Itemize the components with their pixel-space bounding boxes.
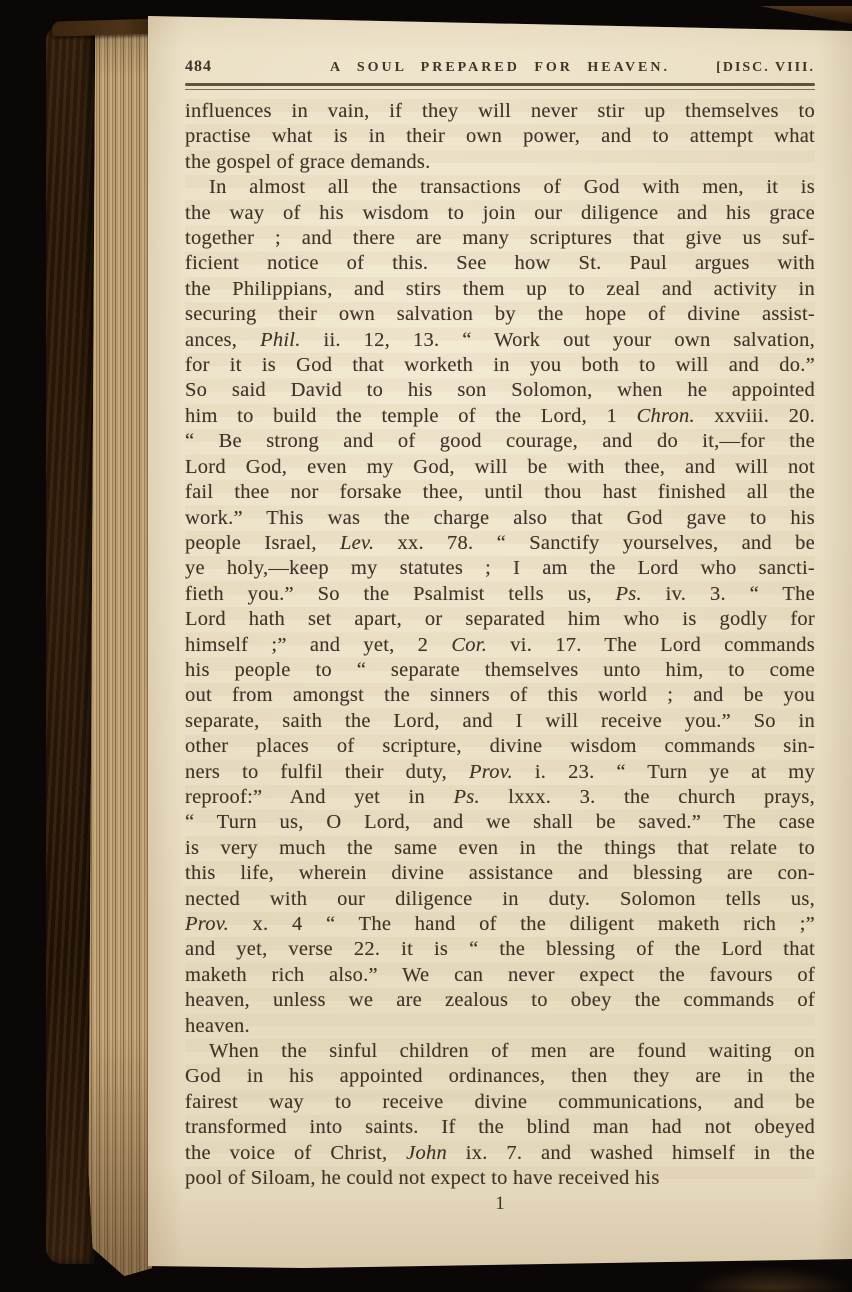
text-line: heaven, unless we are zealous to obey th… bbox=[185, 988, 815, 1013]
text-run: the Philippians, and stirs them up to ze… bbox=[185, 278, 815, 300]
text-line: Prov. x. 4 “ The hand of the diligent ma… bbox=[185, 912, 815, 937]
text-run: the voice of Christ, bbox=[185, 1142, 406, 1164]
scripture-reference: Prov. bbox=[469, 761, 513, 783]
text-run: ners to fulfil their duty, bbox=[185, 761, 469, 783]
text-run: fail thee nor forsake thee, until thou h… bbox=[185, 481, 815, 503]
scripture-reference: Ps. bbox=[453, 786, 479, 808]
text-run: iv. 3. “ The bbox=[642, 583, 815, 605]
text-run: other places of scripture, divine wisdom… bbox=[185, 735, 815, 757]
text-line: reproof:” And yet in Ps. lxxx. 3. the ch… bbox=[185, 785, 815, 810]
scripture-reference: Lev. bbox=[340, 532, 374, 554]
text-run: God in his appointed ordinances, then th… bbox=[185, 1065, 815, 1087]
text-line: himself ;” and yet, 2 Cor. vi. 17. The L… bbox=[185, 633, 815, 658]
text-run: this life, wherein divine assistance and… bbox=[185, 862, 815, 884]
text-run: separate, saith the Lord, and I will rec… bbox=[185, 710, 815, 732]
text-run: reproof:” And yet in bbox=[185, 786, 453, 808]
header-rule bbox=[185, 83, 815, 90]
text-run: heaven, unless we are zealous to obey th… bbox=[185, 989, 815, 1011]
text-line: “ Turn us, O Lord, and we shall be saved… bbox=[185, 810, 815, 835]
text-line: pool of Siloam, he could not expect to h… bbox=[185, 1166, 815, 1191]
text-line: fieth you.” So the Psalmist tells us, Ps… bbox=[185, 582, 815, 607]
header-rule-thin bbox=[185, 89, 815, 90]
text-line: ficient notice of this. See how St. Paul… bbox=[185, 251, 815, 276]
text-run: securing their own salvation by the hope… bbox=[185, 303, 815, 325]
text-run: ye holy,—keep my statutes ; I am the Lor… bbox=[185, 557, 815, 579]
text-line: securing their own salvation by the hope… bbox=[185, 302, 815, 327]
text-line: Lord God, even my God, will be with thee… bbox=[185, 455, 815, 480]
scripture-reference: Chron. bbox=[637, 405, 695, 427]
text-line: fail thee nor forsake thee, until thou h… bbox=[185, 480, 815, 505]
text-run: ix. 7. and washed himself in the bbox=[447, 1142, 815, 1164]
scripture-reference: Prov. bbox=[185, 913, 229, 935]
text-line: the Philippians, and stirs them up to ze… bbox=[185, 277, 815, 302]
text-line: ye holy,—keep my statutes ; I am the Lor… bbox=[185, 556, 815, 581]
text-run: the way of his wisdom to join our dilige… bbox=[185, 202, 815, 224]
text-line: influences in vain, if they will never s… bbox=[185, 99, 815, 124]
text-run: fairest way to receive divine communicat… bbox=[185, 1091, 815, 1113]
text-line: for it is God that worketh in you both t… bbox=[185, 353, 815, 378]
scripture-reference: Cor. bbox=[451, 634, 487, 656]
text-run: his people to “ separate themselves unto… bbox=[185, 659, 815, 681]
text-run: transformed into saints. If the blind ma… bbox=[185, 1116, 815, 1138]
text-line: ners to fulfil their duty, Prov. i. 23. … bbox=[185, 760, 815, 785]
book-spine bbox=[46, 26, 94, 1264]
text-line: his people to “ separate themselves unto… bbox=[185, 658, 815, 683]
text-run: ances, bbox=[185, 329, 260, 351]
text-run: fieth you.” So the Psalmist tells us, bbox=[185, 583, 616, 605]
text-line: heaven. bbox=[185, 1014, 815, 1039]
text-run: In almost all the transactions of God wi… bbox=[209, 176, 815, 198]
text-run: Lord God, even my God, will be with thee… bbox=[185, 456, 815, 478]
text-line: together ; and there are many scriptures… bbox=[185, 226, 815, 251]
text-run: maketh rich also.” We can never expect t… bbox=[185, 964, 815, 986]
text-line: people Israel, Lev. xx. 78. “ Sanctify y… bbox=[185, 531, 815, 556]
text-run: xxviii. 20. bbox=[695, 405, 815, 427]
text-line: out from amongst the sinners of this wor… bbox=[185, 683, 815, 708]
text-line: In almost all the transactions of God wi… bbox=[185, 175, 815, 200]
text-run: x. 4 “ The hand of the diligent maketh r… bbox=[229, 913, 815, 935]
text-run: heaven. bbox=[185, 1015, 250, 1037]
text-line: maketh rich also.” We can never expect t… bbox=[185, 963, 815, 988]
text-run: practise what is in their own power, and… bbox=[185, 125, 815, 147]
page-header: 484 A SOUL PREPARED FOR HEAVEN. [DISC. V… bbox=[185, 58, 815, 76]
text-run: “ Turn us, O Lord, and we shall be saved… bbox=[185, 811, 815, 833]
text-run: him to build the temple of the Lord, 1 bbox=[185, 405, 637, 427]
text-line: and yet, verse 22. it is “ the blessing … bbox=[185, 937, 815, 962]
book-page: 484 A SOUL PREPARED FOR HEAVEN. [DISC. V… bbox=[148, 0, 852, 1292]
text-run: work.” This was the charge also that God… bbox=[185, 507, 815, 529]
page-edges-stack bbox=[86, 0, 152, 1292]
page-number: 484 bbox=[185, 58, 305, 76]
text-run: people Israel, bbox=[185, 532, 340, 554]
scripture-reference: Phil. bbox=[260, 329, 301, 351]
text-run: is very much the same even in the things… bbox=[185, 837, 815, 859]
text-run: xx. 78. “ Sanctify yourselves, and be bbox=[374, 532, 815, 554]
text-line: transformed into saints. If the blind ma… bbox=[185, 1115, 815, 1140]
text-line: him to build the temple of the Lord, 1 C… bbox=[185, 404, 815, 429]
text-line: other places of scripture, divine wisdom… bbox=[185, 734, 815, 759]
discourse-label: [DISC. VIII. bbox=[695, 60, 815, 76]
text-run: pool of Siloam, he could not expect to h… bbox=[185, 1167, 660, 1189]
text-run: Lord hath set apart, or separated him wh… bbox=[185, 608, 815, 630]
text-run: lxxx. 3. the church prays, bbox=[480, 786, 815, 808]
text-line: Lord hath set apart, or separated him wh… bbox=[185, 607, 815, 632]
text-run: i. 23. “ Turn ye at my bbox=[513, 761, 815, 783]
text-run: ii. 12, 13. “ Work out your own salvatio… bbox=[301, 329, 815, 351]
text-run: himself ;” and yet, 2 bbox=[185, 634, 451, 656]
text-line: So said David to his son Solomon, when h… bbox=[185, 378, 815, 403]
text-line: work.” This was the charge also that God… bbox=[185, 506, 815, 531]
cover-edge-bottom-right bbox=[652, 1262, 852, 1292]
text-line: When the sinful children of men are foun… bbox=[185, 1039, 815, 1064]
text-line: nected with our diligence in duty. Solom… bbox=[185, 887, 815, 912]
text-line: is very much the same even in the things… bbox=[185, 836, 815, 861]
text-run: When the sinful children of men are foun… bbox=[209, 1040, 815, 1062]
text-line: practise what is in their own power, and… bbox=[185, 124, 815, 149]
scripture-reference: Ps. bbox=[616, 583, 642, 605]
text-line: fairest way to receive divine communicat… bbox=[185, 1090, 815, 1115]
header-rule-thick bbox=[185, 83, 815, 86]
text-run: out from amongst the sinners of this wor… bbox=[185, 684, 815, 706]
text-run: for it is God that worketh in you both t… bbox=[185, 354, 815, 376]
text-run: the gospel of grace demands. bbox=[185, 151, 431, 173]
text-line: the way of his wisdom to join our dilige… bbox=[185, 201, 815, 226]
text-run: together ; and there are many scriptures… bbox=[185, 227, 815, 249]
text-run: ficient notice of this. See how St. Paul… bbox=[185, 252, 815, 274]
text-run: and yet, verse 22. it is “ the blessing … bbox=[185, 938, 815, 960]
text-line: God in his appointed ordinances, then th… bbox=[185, 1064, 815, 1089]
scripture-reference: John bbox=[406, 1142, 447, 1164]
book-photo: 484 A SOUL PREPARED FOR HEAVEN. [DISC. V… bbox=[0, 0, 852, 1292]
text-line: the voice of Christ, John ix. 7. and was… bbox=[185, 1141, 815, 1166]
text-run: nected with our diligence in duty. Solom… bbox=[185, 888, 815, 910]
cover-edge-top-right bbox=[760, 6, 852, 24]
text-line: ances, Phil. ii. 12, 13. “ Work out your… bbox=[185, 328, 815, 353]
running-title: A SOUL PREPARED FOR HEAVEN. bbox=[305, 60, 695, 76]
text-run: “ Be strong and of good courage, and do … bbox=[185, 430, 815, 452]
text-run: vi. 17. The Lord commands bbox=[487, 634, 815, 656]
text-line: this life, wherein divine assistance and… bbox=[185, 861, 815, 886]
text-line: separate, saith the Lord, and I will rec… bbox=[185, 709, 815, 734]
text-line: “ Be strong and of good courage, and do … bbox=[185, 429, 815, 454]
body-text: influences in vain, if they will never s… bbox=[185, 99, 815, 1191]
text-run: influences in vain, if they will never s… bbox=[185, 100, 815, 122]
text-line: the gospel of grace demands. bbox=[185, 150, 815, 175]
text-run: So said David to his son Solomon, when h… bbox=[185, 379, 815, 401]
signature-mark: 1 bbox=[185, 1193, 815, 1215]
